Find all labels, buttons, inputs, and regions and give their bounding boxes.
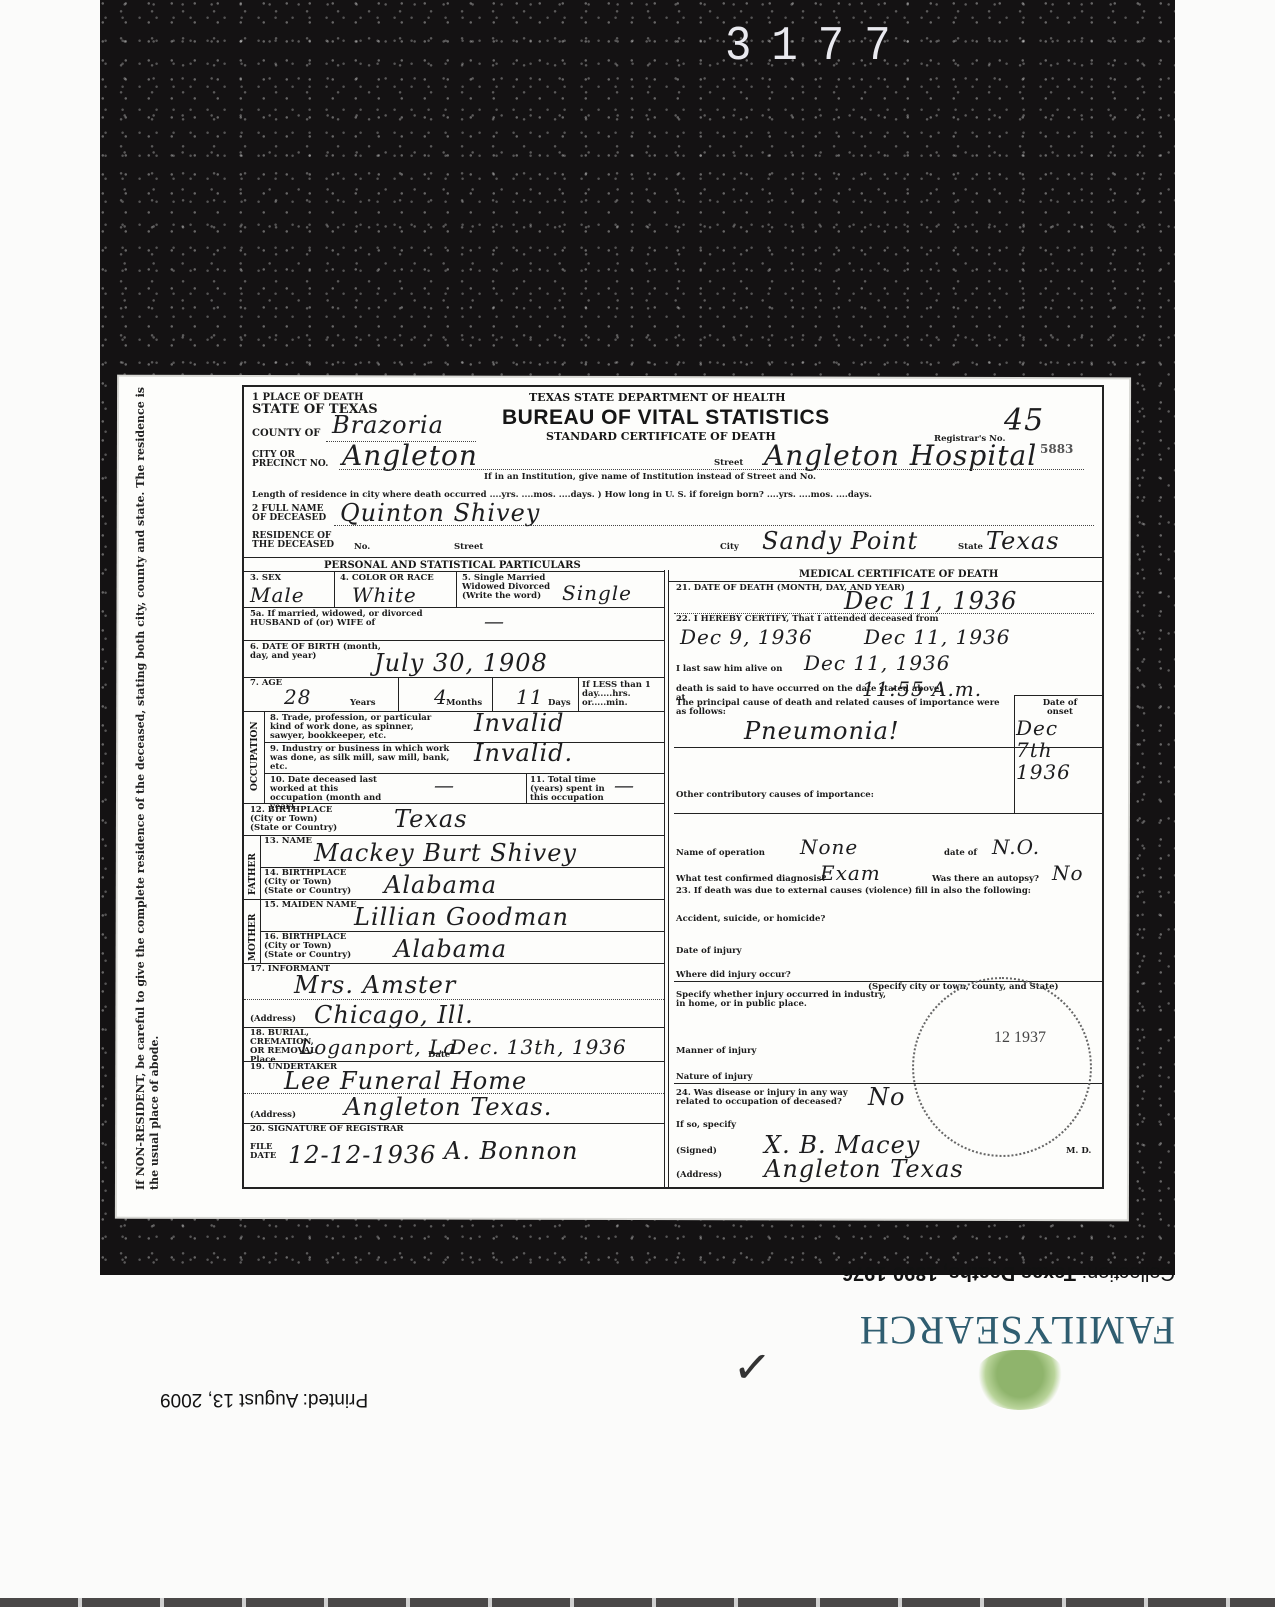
dob-label: 6. DATE OF BIRTH (month, day, and year) [250,643,390,661]
days-label: Days [548,699,571,708]
injury-date-label: Date of injury [676,947,742,956]
full-name-label: 2 FULL NAME OF DECEASED [252,505,332,523]
sex-value: Male [250,583,305,607]
age-years: 28 [284,685,311,709]
file-date-label: FILE DATE [250,1143,280,1161]
residence-state: Texas [986,527,1060,555]
certificate-title: STANDARD CERTIFICATE OF DEATH [546,430,776,443]
familysearch-logo: FAMILYSEARCH [859,1307,1175,1354]
sex-label: 3. SEX [250,574,281,583]
father-birthplace: Alabama [384,871,497,899]
specify-label: If so, specify [676,1121,736,1130]
autopsy-value: No [1052,861,1084,885]
received-stamp-circle [912,977,1092,1157]
undertaker-address-label: (Address) [250,1111,296,1120]
onset-label: Date of onset [1030,699,1090,717]
age-days: 11 [516,685,543,709]
mother-maiden-label: 15. MAIDEN NAME [264,901,357,910]
occupational-value: No [868,1083,905,1111]
test-value: Exam [820,861,881,885]
scanner-edge [0,1598,1275,1607]
informant-value: Mrs. Amster [294,971,456,999]
birthplace-value: Texas [394,805,468,833]
file-date: 12-12-1936 [288,1141,436,1169]
date-of-death: Dec 11, 1936 [844,587,1017,615]
last-saw-label: I last saw him alive on [676,665,782,674]
external-causes-label: 23. If death was due to external causes … [676,887,1031,896]
certify-label: 22. I HEREBY CERTIFY, That I attended de… [676,615,1096,624]
county-value: Brazoria [332,411,444,439]
industry-label: 9. Industry or business in which work wa… [270,745,450,772]
occupation-tag: OCCUPATION [250,721,260,791]
margin-note: If NON-RESIDENT, be careful to give the … [134,370,162,1190]
spouse-value: — [484,609,505,633]
md-label: M. D. [1066,1147,1091,1156]
city-label: CITY OR PRECINCT NO. [252,451,342,469]
onset-value: Dec 7th 1936 [1016,717,1096,783]
months-label: Months [446,699,482,708]
collection-label: Collection: [1082,1262,1175,1284]
undertaker-value: Lee Funeral Home [284,1067,527,1095]
operation-date: N.O. [992,835,1040,859]
residence-city-label: City [720,543,739,552]
printed-date: Printed: August 13, 2009 [160,1388,368,1410]
marital-value: Single [562,581,632,605]
injury-place-label: Specify whether injury occurred in indus… [676,991,886,1009]
burial-date: Dec. 13th, 1936 [450,1035,627,1059]
institution-value: Angleton Hospital [764,439,1037,472]
mother-tag: MOTHER [248,914,258,961]
manner-label: Manner of injury [676,1047,757,1056]
collection-line: Collection: Texas Deaths, 1890-1976 [842,1261,1175,1284]
last-worked-value: — [434,773,455,797]
registrar-stamp: 5883 [1040,445,1073,454]
less-than-day-label: If LESS than 1 day.....hrs. or.....min. [582,681,662,708]
informant-address: Chicago, Ill. [314,1001,474,1029]
marital-label: 5. Single Married Widowed Divorced (Writ… [462,574,554,601]
reference-number: 3177 [725,20,911,75]
race-value: White [352,583,417,607]
cause-label: The principal cause of death and related… [676,699,1006,717]
registrar-signature-label: 20. SIGNATURE OF REGISTRAR [250,1125,404,1134]
residence-state-label: State [958,543,983,552]
birthplace-label: 12. BIRTHPLACE (City or Town) (State or … [250,806,345,833]
footer-upside-down: Printed: August 13, 2009 FAMILYSEARCH Co… [100,1250,1175,1410]
attended-to: Dec 11, 1936 [864,625,1011,649]
other-causes-label: Other contributory causes of importance: [676,791,874,800]
test-label: What test confirmed diagnosis? [676,875,826,884]
check-mark-icon: ✓ [731,1338,774,1395]
death-certificate-form: 1 PLACE OF DEATH STATE OF TEXAS TEXAS ST… [242,385,1104,1189]
mother-maiden: Lillian Goodman [354,903,569,931]
residence-label: RESIDENCE OF THE DECEASED [252,532,342,550]
familysearch-tree-icon [975,1350,1065,1410]
personal-section-title: PERSONAL AND STATISTICAL PARTICULARS [324,560,581,571]
institution-note: If in an Institution, give name of Insti… [484,473,816,482]
nature-label: Nature of injury [676,1073,753,1082]
county-label: COUNTY OF [252,429,320,438]
registrar-number: 45 [1004,403,1044,438]
street-label: Street [714,459,743,468]
father-name: Mackey Burt Shivey [314,839,577,867]
signed-label: (Signed) [676,1147,717,1156]
industry-value: Invalid. [474,739,573,767]
father-tag: FATHER [248,853,258,895]
operation-value: None [800,835,858,859]
place-of-death-label: 1 PLACE OF DEATH [252,393,364,402]
race-label: 4. COLOR OR RACE [340,574,434,583]
cause-value: Pneumonia! [744,717,900,745]
trade-label: 8. Trade, profession, or particular kind… [270,714,450,741]
total-time-label: 11. Total time (years) spent in this occ… [530,776,606,803]
injury-where-label: Where did injury occur? [676,971,791,980]
registrar-signature: A. Bonnon [444,1137,579,1165]
burial-date-label: Date [428,1051,450,1060]
medical-section-title: MEDICAL CERTIFICATE OF DEATH [799,569,998,580]
dob-value: July 30, 1908 [374,649,548,677]
operation-date-label: date of [944,849,977,858]
mother-birthplace: Alabama [394,935,507,963]
attended-from: Dec 9, 1936 [680,625,813,649]
trade-value: Invalid [474,709,565,737]
spouse-label: 5a. If married, widowed, or divorced HUS… [250,610,440,628]
father-birthplace-label: 14. BIRTHPLACE (City or Town) (State or … [264,869,359,896]
deceased-name: Quinton Shivey [340,499,540,527]
operation-label: Name of operation [676,849,765,858]
department-title: TEXAS STATE DEPARTMENT OF HEALTH [529,391,786,404]
accident-label: Accident, suicide, or homicide? [676,915,825,924]
address-value: Angleton Texas [764,1155,964,1183]
occupational-label: 24. Was disease or injury in any way rel… [676,1089,866,1107]
residence-street-label: Street [454,543,483,552]
residence-no-label: No. [354,543,370,552]
total-time-value: — [614,773,635,797]
age-label: 7. AGE [250,679,282,688]
mother-birthplace-label: 16. BIRTHPLACE (City or Town) (State or … [264,933,359,960]
collection-name: Texas Deaths, 1890-1976 [842,1262,1076,1284]
informant-address-label: (Address) [250,1015,296,1024]
years-label: Years [350,699,376,708]
bureau-title: BUREAU OF VITAL STATISTICS [502,406,830,430]
undertaker-address: Angleton Texas. [344,1093,552,1121]
residence-city: Sandy Point [762,527,918,555]
address-label: (Address) [676,1171,722,1180]
father-name-label: 13. NAME [264,837,312,846]
city-value: Angleton [342,439,478,472]
autopsy-label: Was there an autopsy? [932,875,1039,884]
last-saw-date: Dec 11, 1936 [804,651,951,675]
